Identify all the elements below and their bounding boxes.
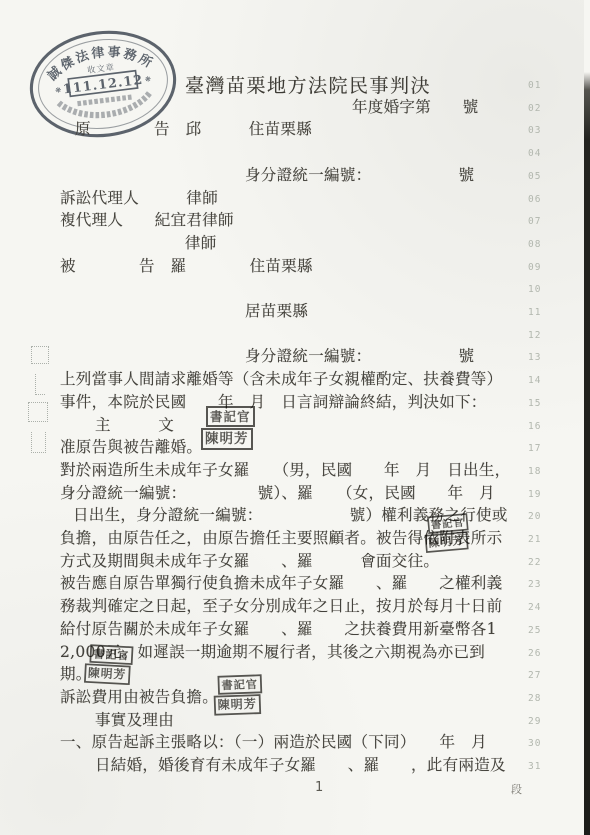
clerk-stamp-title: 書記官 [217, 674, 261, 694]
line-number: 18 [528, 466, 541, 477]
clerk-stamp-name: 陳明芳 [201, 428, 253, 450]
judgment-line-29: 事實及理由 [95, 710, 174, 730]
judgment-line-06: 訴訟代理人 律師 [60, 188, 218, 208]
line-number: 23 [528, 579, 541, 590]
line-number: 22 [528, 557, 541, 568]
judgment-line-11: 居苗栗縣 [245, 301, 308, 321]
line-number: 31 [528, 761, 541, 772]
line-number: 20 [528, 511, 541, 522]
judgment-line-02: 年度婚字第 號 [352, 97, 478, 117]
line-number: 24 [528, 602, 541, 613]
scan-edge-shadow [584, 0, 590, 835]
line-number: 29 [528, 716, 541, 727]
clerk-stamp-name: 陳明芳 [214, 694, 261, 716]
judgment-line-01: 臺灣苗栗地方法院民事判決 [185, 74, 431, 99]
line-number: 07 [528, 216, 541, 227]
line-number: 21 [528, 534, 541, 545]
judgment-line-17: 准原告與被告離婚。 [60, 437, 202, 457]
line-number: 16 [528, 421, 541, 432]
margin-dot-mark [31, 432, 46, 453]
stamp-star-mark-left: ❋ [55, 85, 62, 95]
line-number: 28 [528, 693, 541, 704]
judgment-line-03: 原 告 邱 住苗栗縣 [75, 119, 312, 139]
page-number: 1 [315, 780, 323, 795]
line-number: 27 [528, 670, 541, 681]
judgment-line-22: 方式及期間與未成年子女羅 、羅 會面交往。 [60, 551, 439, 571]
line-number: 14 [528, 375, 541, 386]
judgment-line-05: 身分證統一編號： 號 [245, 165, 474, 185]
line-number: 30 [528, 738, 541, 749]
line-number: 26 [528, 648, 541, 659]
clerk-stamp-title: 書記官 [89, 644, 133, 665]
clerk-stamp: 書記官 陳明芳 [423, 513, 470, 553]
line-number: 02 [528, 103, 541, 114]
line-number: 03 [528, 125, 541, 136]
judgment-line-16: 主 文 [95, 415, 174, 435]
illegible-phone-row [77, 97, 133, 104]
judgment-line-31: 日結婚，婚後育有未成年子女羅 、羅 ，此有兩造及 [95, 755, 506, 775]
line-number: 15 [528, 398, 541, 409]
line-number: 11 [528, 307, 541, 318]
judgment-line-07: 複代理人 紀宜君律師 [60, 210, 234, 230]
clerk-stamp: 書記官 陳明芳 [84, 644, 133, 685]
line-number: 13 [528, 352, 541, 363]
judgment-line-15: 事件，本院於民國 年 月 日言詞辯論終結，判決如下： [60, 392, 487, 412]
stamp-date: 111.12.12 [62, 73, 144, 98]
margin-dot-mark [31, 346, 49, 364]
line-number: 25 [528, 625, 541, 636]
judgment-line-18: 對於兩造所生未成年子女羅 （男，民國 年 月 日出生， [60, 460, 510, 480]
judgment-line-14: 上列當事人間請求離婚等（含未成年子女親權酌定、扶養費等） [60, 369, 502, 389]
judgment-line-13: 身分證統一編號： 號 [245, 346, 474, 366]
line-number: 12 [528, 330, 541, 341]
judgment-line-19: 身分證統一編號： 號）、羅 （女，民國 年 月 [60, 483, 495, 503]
line-number: 01 [528, 80, 541, 91]
margin-dot-mark [28, 402, 48, 422]
judgment-line-09: 被 告 羅 住苗栗縣 [60, 256, 313, 276]
judgment-line-24: 務裁判確定之日起，至子女分別成年之日止，按月於每月十日前 [60, 596, 502, 616]
line-number: 04 [528, 148, 541, 159]
margin-dot-mark [35, 374, 45, 395]
judgment-line-25: 給付原告關於未成年子女羅 、羅 之扶養費用新臺幣各1 [60, 619, 497, 639]
line-number: 19 [528, 489, 541, 500]
line-number: 17 [528, 443, 541, 454]
line-number: 09 [528, 262, 541, 273]
clerk-stamp-name: 陳明芳 [84, 663, 130, 685]
judgment-line-23: 被告應自原告單獨行使負擔未成年子女羅 、羅 之權利義 [60, 573, 502, 593]
stamp-star-mark-right: ❋ [144, 74, 151, 84]
clerk-stamp: 書記官 陳明芳 [201, 406, 255, 450]
judgment-line-08: 律師 [185, 233, 217, 253]
clerk-stamp-name: 陳明芳 [425, 531, 469, 553]
clerk-stamp: 書記官 陳明芳 [213, 674, 263, 715]
judgment-line-28: 訴訟費用由被告負擔。 [60, 687, 218, 707]
line-number: 10 [528, 284, 541, 295]
line-number: 06 [528, 194, 541, 205]
footer-mark: 段 [511, 781, 522, 797]
line-number: 05 [528, 171, 541, 182]
clerk-stamp-title: 書記官 [206, 406, 255, 427]
line-number: 08 [528, 239, 541, 250]
judgment-line-30: 一、原告起訴主張略以：（一）兩造於民國（下同） 年 月 [60, 732, 487, 752]
scanned-judgment-page: 誠傑法律事務所 收文章 111.12.12 ❋ ❋ 臺灣苗栗地方法院民事判決年度… [0, 0, 590, 835]
